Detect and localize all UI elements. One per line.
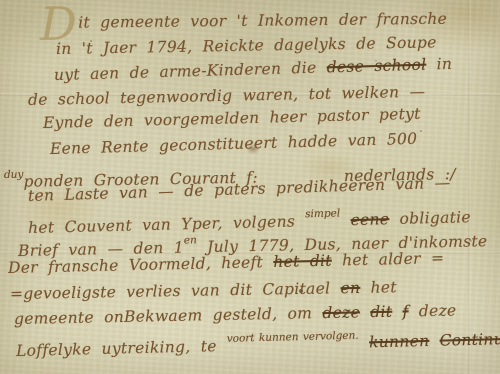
- handwritten-text: gemeente onBekwaem gesteld, om: [14, 304, 323, 328]
- handwritten-text: Loffelyke uytreiking, te: [16, 337, 227, 360]
- handwritten-text: deze: [408, 302, 456, 321]
- crossed-out-text: deze: [322, 303, 360, 322]
- handwritten-text: [392, 303, 403, 321]
- handwritten-text: in 't Jaer 1794, Reickte dagelyks de Sou…: [56, 33, 437, 58]
- crossed-out-text: dese school: [326, 56, 426, 77]
- handwritten-text: het alder =: [332, 249, 445, 270]
- crossed-out-text: het dit: [273, 252, 332, 271]
- handwritten-text: in: [426, 55, 452, 74]
- paper-crease: [468, 0, 471, 374]
- handwritten-text: it gemeente voor 't Inkomen der fransche: [78, 10, 447, 32]
- handwritten-text: Eynde den voorgemelden heer pastor petyt: [43, 105, 421, 132]
- handwritten-text: Der fransche Voormeld, heeft: [8, 253, 274, 277]
- handwritten-text: =gevoeligste verlies van dit Capitael: [10, 279, 341, 303]
- interline-insertion: duy: [4, 169, 24, 181]
- crossed-out-text: en: [340, 279, 360, 297]
- manuscript-line: Dit gemeente voor 't Inkomen der fransch…: [40, 9, 447, 33]
- crossed-out-text: dit: [370, 303, 392, 321]
- interline-insertion: simpel: [305, 207, 340, 220]
- interline-insertion: en: [184, 234, 197, 246]
- handwritten-text: [429, 332, 440, 350]
- handwritten-text: [359, 333, 370, 351]
- handwritten-text: uyt aen de arme-Kinderen die: [54, 58, 327, 84]
- manuscript-line: uyt aen de arme-Kinderen die dese school…: [54, 54, 453, 85]
- manuscript-line: =gevoeligste verlies van dit Capitael en…: [10, 277, 397, 304]
- handwritten-text: het: [360, 278, 397, 297]
- interline-insertion: voort kunnen vervolgen.: [227, 330, 359, 345]
- crossed-out-text: Continueren: [439, 329, 500, 349]
- crossed-out-text: kunnen: [369, 332, 430, 351]
- handwritten-text: Eene Rente geconstitueert hadde van 500: [50, 130, 418, 158]
- manuscript-line: Eene Rente geconstitueert hadde van 500: [50, 129, 418, 159]
- manuscript-page: Dit gemeente voor 't Inkomen der fransch…: [0, 0, 500, 374]
